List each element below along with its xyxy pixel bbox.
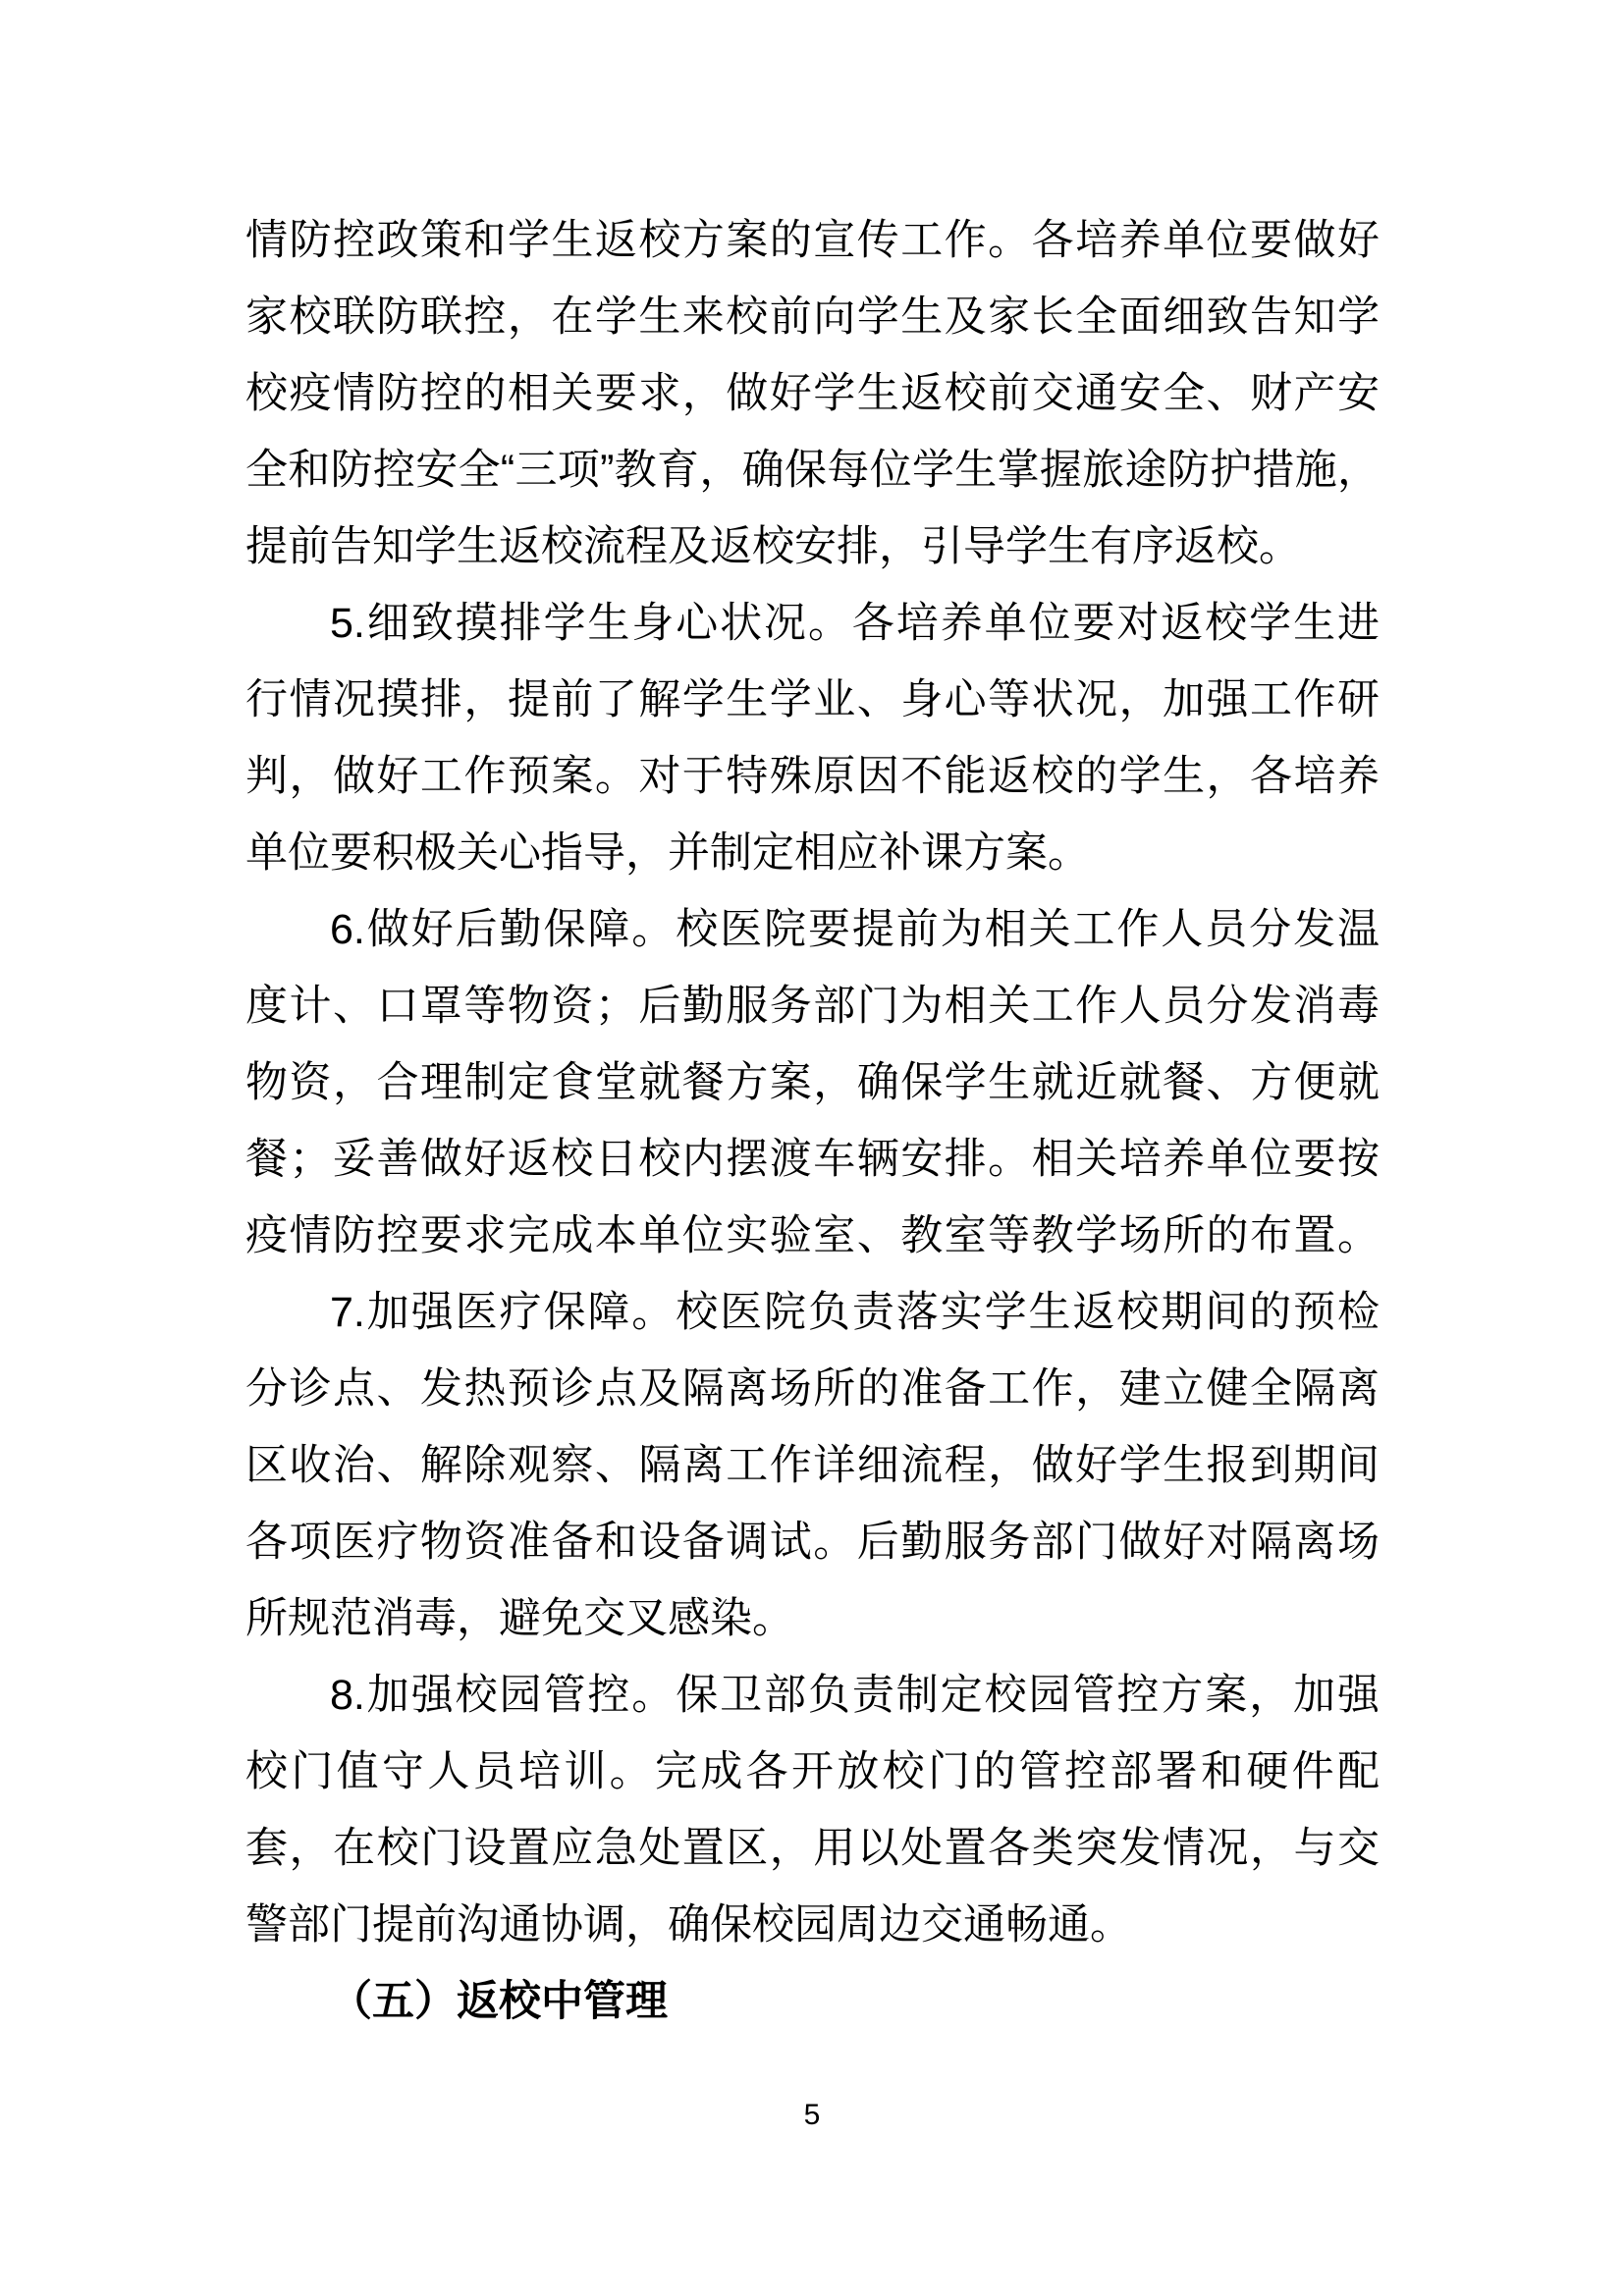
text-line: 餐；妥善做好返校日校内摆渡车辆安排。相关培养单位要按 xyxy=(245,1121,1380,1198)
text-line: 单位要积极关心指导，并制定相应补课方案。 xyxy=(245,815,1380,891)
text-line: 行情况摸排，提前了解学生学业、身心等状况，加强工作研 xyxy=(245,662,1380,738)
document-page: 情防控政策和学生返校方案的宣传工作。各培养单位要做好 家校联防联控，在学生来校前… xyxy=(0,0,1624,2296)
text-line: 疫情防控要求完成本单位实验室、教室等教学场所的布置。 xyxy=(245,1198,1380,1274)
text-line: 校疫情防控的相关要求，做好学生返校前交通安全、财产安 xyxy=(245,355,1380,432)
text-line: 判，做好工作预案。对于特殊原因不能返校的学生，各培养 xyxy=(245,738,1380,815)
paragraph-start-line: 8.加强校园管控。保卫部负责制定校园管控方案，加强 xyxy=(245,1657,1380,1734)
paragraph-start-line: 6.做好后勤保障。校医院要提前为相关工作人员分发温 xyxy=(245,891,1380,968)
text-line: 提前告知学生返校流程及返校安排，引导学生有序返校。 xyxy=(245,508,1380,585)
text-line: 情防控政策和学生返校方案的宣传工作。各培养单位要做好 xyxy=(245,202,1380,279)
page-number: 5 xyxy=(0,2099,1624,2132)
text-line: 校门值守人员培训。完成各开放校门的管控部署和硬件配 xyxy=(245,1734,1380,1810)
section-heading: （五）返校中管理 xyxy=(245,1963,1380,2040)
text-line: 警部门提前沟通协调，确保校园周边交通畅通。 xyxy=(245,1887,1380,1963)
text-line: 所规范消毒，避免交叉感染。 xyxy=(245,1580,1380,1657)
text-line: 各项医疗物资准备和设备调试。后勤服务部门做好对隔离场 xyxy=(245,1504,1380,1580)
text-line: 区收治、解除观察、隔离工作详细流程，做好学生报到期间 xyxy=(245,1427,1380,1504)
text-line: 全和防控安全“三项”教育，确保每位学生掌握旅途防护措施， xyxy=(245,432,1380,508)
text-line: 度计、口罩等物资；后勤服务部门为相关工作人员分发消毒 xyxy=(245,968,1380,1044)
paragraph-start-line: 7.加强医疗保障。校医院负责落实学生返校期间的预检 xyxy=(245,1274,1380,1351)
text-line: 套，在校门设置应急处置区，用以处置各类突发情况，与交 xyxy=(245,1810,1380,1887)
document-body: 情防控政策和学生返校方案的宣传工作。各培养单位要做好 家校联防联控，在学生来校前… xyxy=(245,202,1380,2040)
paragraph-start-line: 5.细致摸排学生身心状况。各培养单位要对返校学生进 xyxy=(245,585,1380,662)
text-line: 分诊点、发热预诊点及隔离场所的准备工作，建立健全隔离 xyxy=(245,1351,1380,1427)
text-line: 物资，合理制定食堂就餐方案，确保学生就近就餐、方便就 xyxy=(245,1044,1380,1121)
text-line: 家校联防联控，在学生来校前向学生及家长全面细致告知学 xyxy=(245,279,1380,355)
